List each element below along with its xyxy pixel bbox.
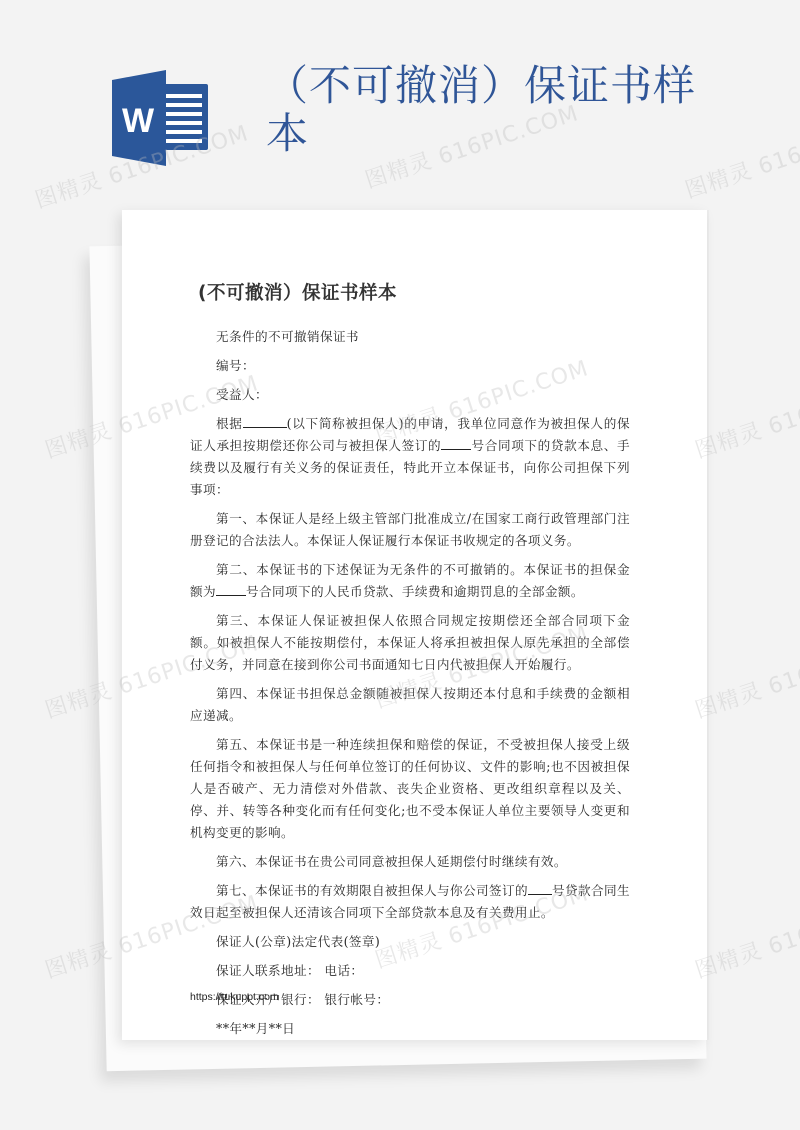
footer-url: https://tukuppt.com [190, 991, 279, 1003]
number-field-label: 编号： [190, 355, 630, 377]
intro-text-1: 根据 [216, 416, 243, 431]
clause-4: 第四、本保证书担保总金额随被担保人按期还本付息和手续费的金额相应递减。 [190, 683, 630, 727]
signature-line: 保证人(公章)法定代表(签章) [190, 931, 630, 953]
clause-2-text-2: 号合同项下的人民币贷款、手续费和逾期罚息的全部金额。 [246, 584, 584, 599]
clause-6: 第六、本保证书在贵公司同意被担保人延期偿付时继续有效。 [190, 851, 630, 873]
watermark: 图精灵 616PIC.COM [691, 366, 800, 464]
loan-contract-blank [528, 880, 552, 895]
document-subtitle: 无条件的不可撤销保证书 [190, 326, 630, 348]
watermark: 图精灵 616PIC.COM [691, 626, 800, 724]
watermark: 图精灵 616PIC.COM [681, 106, 800, 204]
beneficiary-field-label: 受益人： [190, 384, 630, 406]
intro-paragraph: 根据(以下简称被担保人)的申请，我单位同意作为被担保人的保证人承担按期偿还你公司… [190, 413, 630, 501]
document-title: (不可撤消）保证书样本 [198, 280, 630, 308]
amount-contract-blank [216, 581, 246, 596]
word-icon-letter: W [122, 102, 155, 140]
contract-number-blank [441, 435, 471, 450]
contact-line: 保证人联系地址： 电话： [190, 960, 630, 982]
applicant-blank [243, 413, 287, 428]
word-document-icon: W [110, 70, 210, 166]
clause-5: 第五、本保证书是一种连续担保和赔偿的保证，不受被担保人接受上级任何指令和被担保人… [190, 734, 630, 844]
watermark: 图精灵 616PIC.COM [691, 886, 800, 984]
clause-7: 第七、本保证书的有效期限自被担保人与你公司签订的号贷款合同生效日起至被担保人还清… [190, 880, 630, 924]
document-body: (不可撤消）保证书样本 无条件的不可撤销保证书 编号： 受益人： 根据(以下简称… [190, 280, 630, 1047]
date-line: **年**月**日 [190, 1018, 630, 1040]
clause-7-text-1: 第七、本保证书的有效期限自被担保人与你公司签订的 [216, 883, 528, 898]
header-title: （不可撤消）保证书样本 [266, 62, 696, 158]
clause-1: 第一、本保证人是经上级主管部门批准成立/在国家工商行政管理部门注册登记的合法法人… [190, 508, 630, 552]
clause-3: 第三、本保证人保证被担保人依照合同规定按期偿还全部合同项下金额。如被担保人不能按… [190, 610, 630, 676]
clause-2: 第二、本保证书的下述保证为无条件的不可撤销的。本保证书的担保金额为号合同项下的人… [190, 559, 630, 603]
